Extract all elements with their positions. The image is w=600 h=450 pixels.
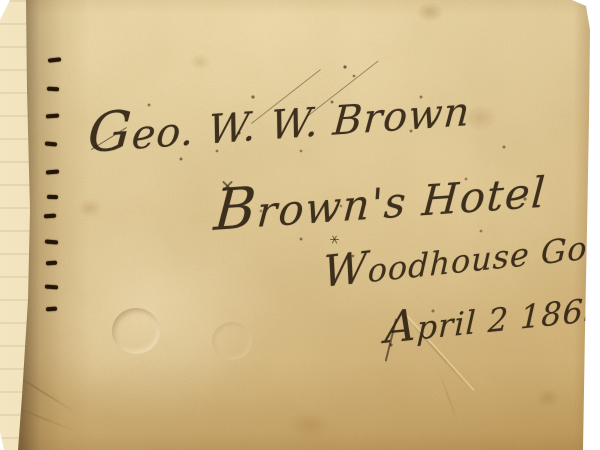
binding-stitch <box>45 141 57 146</box>
binding-stitch <box>46 114 59 118</box>
binding-stitch <box>48 57 61 62</box>
paper-dimple-faint <box>212 322 252 360</box>
binding-stitch <box>45 285 58 289</box>
paper-dimple <box>112 308 160 354</box>
paper-crease <box>437 367 459 424</box>
binding-stitch <box>46 169 59 174</box>
binding-stitch <box>45 239 58 244</box>
binding-stitch <box>44 214 56 218</box>
ink-speckles <box>0 0 2 2</box>
inscription-date: April 2 1865 <box>384 280 600 354</box>
book-page: Geo. W. W. Brown Brown's Hotel Woodhouse… <box>0 0 600 450</box>
binding-stitch <box>46 307 57 311</box>
inscription-name: Geo. W. W. Brown <box>86 75 473 165</box>
binding-stitch <box>46 261 57 265</box>
photo-background: Geo. W. W. Brown Brown's Hotel Woodhouse… <box>0 0 600 450</box>
binding-stitch <box>47 87 59 91</box>
binding-stitch <box>47 195 58 199</box>
